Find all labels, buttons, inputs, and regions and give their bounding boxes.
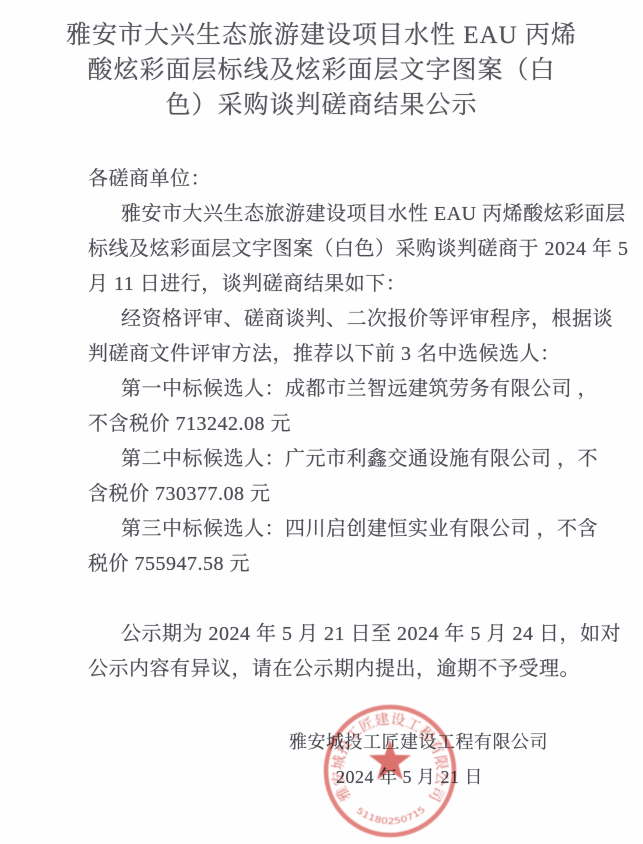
body-line: 各磋商单位：: [88, 162, 563, 197]
body-line: 标线及炫彩面层文字图案（白色）采购谈判磋商于 2024 年 5: [88, 232, 563, 267]
document-title: 雅安市大兴生态旅游建设项目水性 EAU 丙烯 酸炫彩面层标线及炫彩面层文字图案（…: [0, 0, 643, 123]
body-line: 公示内容有异议，请在公示期内提出，逾期不予受理。: [88, 652, 563, 687]
title-line-1: 雅安市大兴生态旅游建设项目水性 EAU 丙烯: [0, 18, 643, 53]
signature-date: 2024 年 5 月 21 日: [0, 760, 643, 795]
body-text: 各磋商单位：雅安市大兴生态旅游建设项目水性 EAU 丙烯酸炫彩面层标线及炫彩面层…: [0, 162, 643, 687]
document-page: 雅安市大兴生态旅游建设项目水性 EAU 丙烯 酸炫彩面层标线及炫彩面层文字图案（…: [0, 0, 643, 844]
body-line: 不含税价 713242.08 元: [88, 407, 563, 442]
body-line: 公示期为 2024 年 5 月 21 日至 2024 年 5 月 24 日，如对: [88, 617, 563, 652]
title-line-2: 酸炫彩面层标线及炫彩面层文字图案（白: [0, 53, 643, 88]
body-line: 判磋商文件评审方法，推荐以下前 3 名中选候选人：: [88, 337, 563, 372]
body-line: [88, 582, 563, 617]
body-line: 雅安市大兴生态旅游建设项目水性 EAU 丙烯酸炫彩面层: [88, 197, 563, 232]
body-line: 含税价 730377.08 元: [88, 477, 563, 512]
signature-company: 雅安城投工匠建设工程有限公司: [0, 725, 643, 760]
body-line: 第二中标候选人：广元市利鑫交通设施有限公司 ，不: [88, 442, 563, 477]
body-line: 月 11 日进行，谈判磋商结果如下：: [88, 267, 563, 302]
body-line: 税价 755947.58 元: [88, 547, 563, 582]
title-line-3: 色）采购谈判磋商结果公示: [0, 88, 643, 123]
body-line: 经资格评审、磋商谈判、二次报价等评审程序，根据谈: [88, 302, 563, 337]
body-line: 第一中标候选人：成都市兰智远建筑劳务有限公司 ，: [88, 372, 563, 407]
body-line: 第三中标候选人：四川启创建恒实业有限公司 ，不含: [88, 512, 563, 547]
signature-block: 雅安城投工匠建设工程有限公司 2024 年 5 月 21 日: [0, 725, 643, 795]
